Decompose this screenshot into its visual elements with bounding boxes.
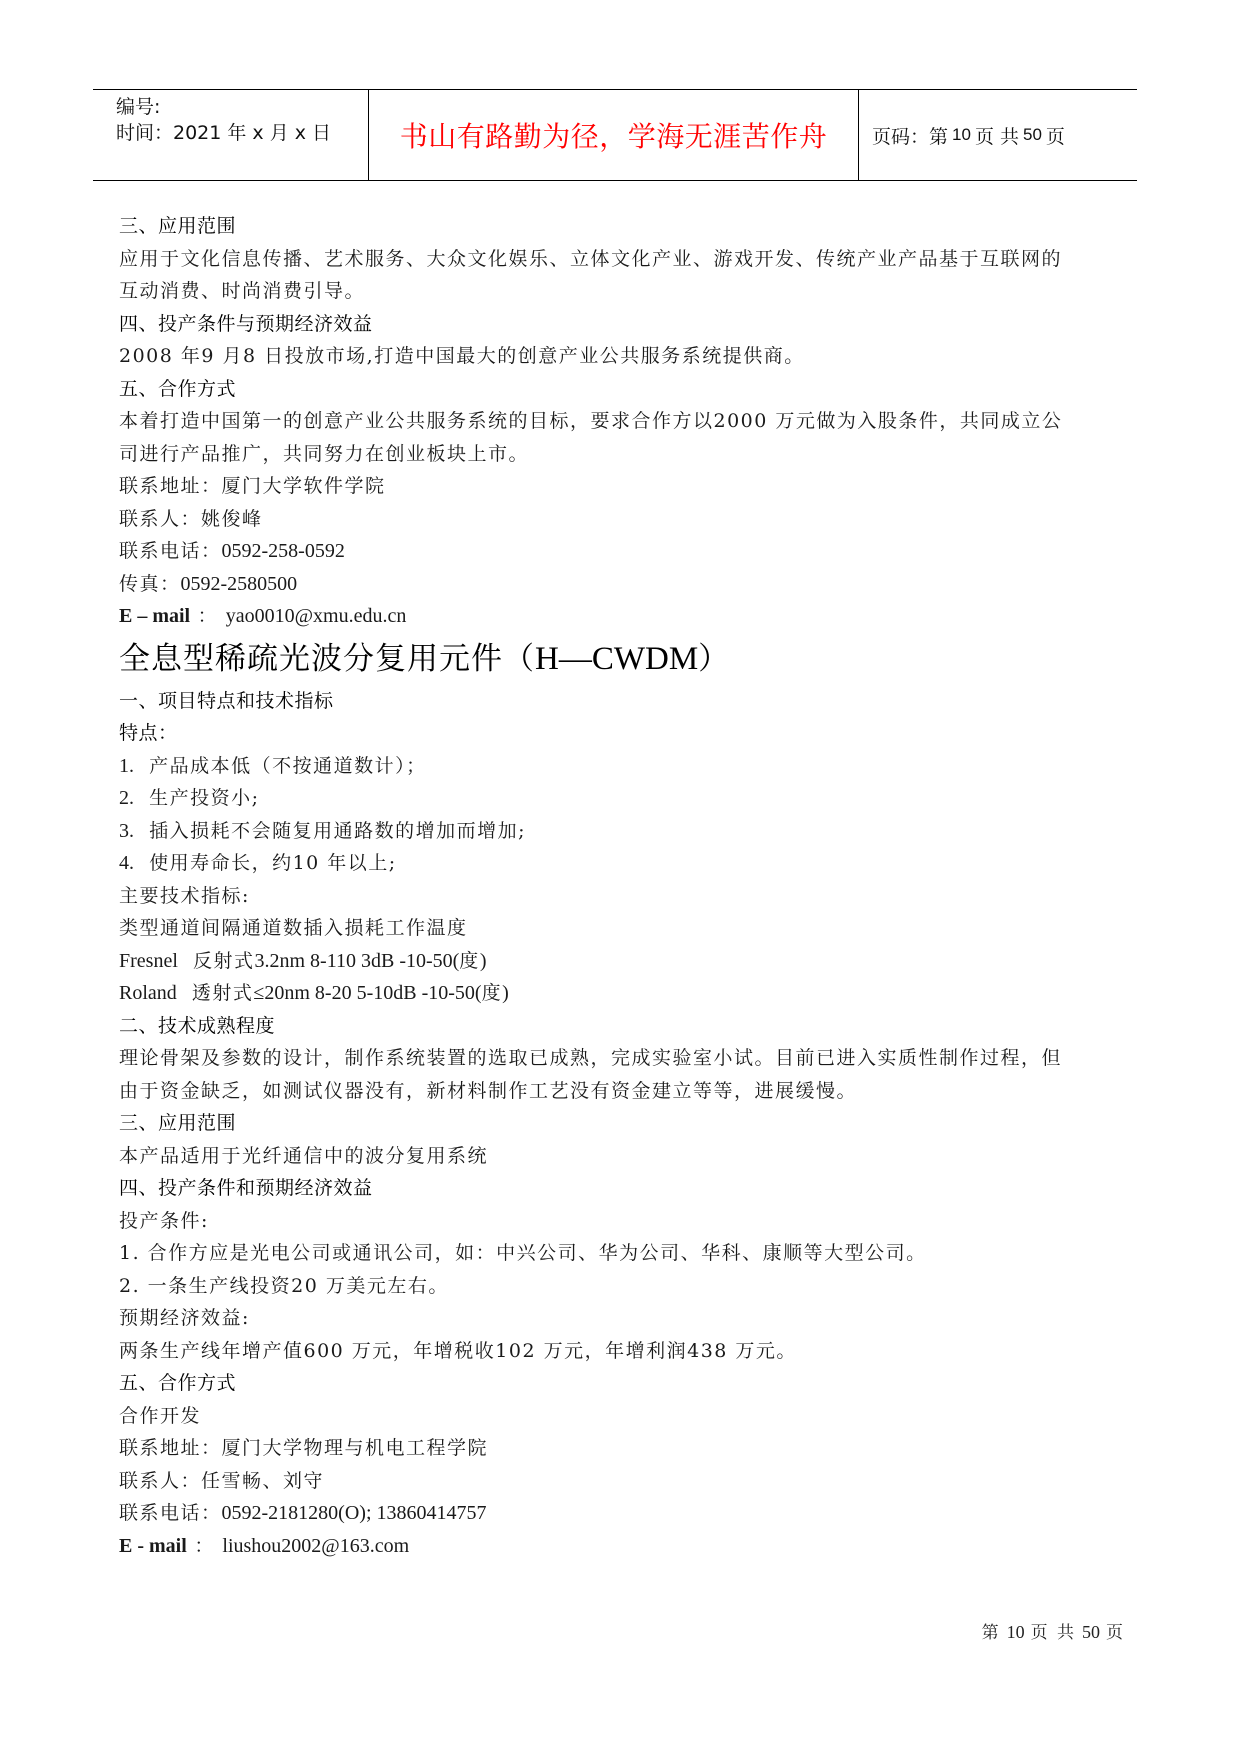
production-item: 1. 合作方应是光电公司或通讯公司，如：中兴公司、华为公司、华科、康顺等大型公司… [119, 1237, 1129, 1270]
features-label: 特点： [119, 717, 1129, 750]
contact-email-label: E - mail [119, 1535, 187, 1557]
specs-row: Roland 透射式≤20nm 8-20 5-10dB -10-50(度) [119, 977, 1129, 1010]
feature-text: 产品成本低（不按通道数计）； [149, 755, 427, 777]
contact-person: 联系人：姚俊峰 [119, 503, 1129, 536]
feature-number: 4. [119, 852, 134, 874]
contact-email-separator: ： [194, 1535, 215, 1557]
paragraph-scope-b: 本产品适用于光纤通信中的波分复用系统 [119, 1140, 1129, 1173]
contact-email-b: E - mail ： liushou2002@163.com [119, 1530, 1129, 1563]
spec-unit: 度 [482, 982, 503, 1004]
production-label: 投产条件: [119, 1205, 1129, 1238]
feature-item: 3. 插入损耗不会随复用通路数的增加而增加; [119, 815, 1129, 848]
feature-text: 生产投资小; [149, 787, 259, 809]
contact-address: 联系地址：厦门大学软件学院 [119, 470, 1129, 503]
page-header: 编号: 时间：2021 年 x 月 x 日 书山有路勤为径，学海无涯苦作舟 页码… [93, 89, 1137, 181]
paragraph-production: 2008 年9 月8 日投放市场,打造中国最大的创意产业公共服务系统提供商。 [119, 340, 1129, 373]
spec-unit: 度 [459, 950, 480, 972]
spec-type: 透射式 [192, 982, 254, 1004]
document-body: 三、应用范围 应用于文化信息传播、艺术服务、大众文化娱乐、立体文化产业、游戏开发… [119, 210, 1129, 1562]
header-page-indicator: 页码：第 10 页 共 50 页 [859, 90, 1137, 180]
section-heading-cooperation: 五、合作方式 [119, 373, 1129, 406]
paragraph-maturity-line-2: 由于资金缺乏，如测试仪器没有，新材料制作工艺没有资金建立等等，进展缓慢。 [119, 1075, 1129, 1108]
spec-close: ) [480, 950, 487, 972]
section-heading-production-b: 四、投产条件和预期经济效益 [119, 1172, 1129, 1205]
page-current: 10 [952, 125, 971, 145]
footer-prefix: 第 [982, 1623, 1001, 1643]
contact-phone-label: 联系电话： [119, 540, 222, 562]
feature-number: 1. [119, 755, 134, 777]
project-title-cn: 全息型稀疏光波分复用元件（ [119, 641, 535, 677]
production-item: 2. 一条生产线投资20 万美元左右。 [119, 1270, 1129, 1303]
page-footer: 第10页 共50页 [982, 1618, 1125, 1643]
page-mid: 页 共 [975, 122, 1019, 149]
specs-header: 类型通道间隔通道数插入损耗工作温度 [119, 912, 1129, 945]
section-heading-production: 四、投产条件与预期经济效益 [119, 308, 1129, 341]
paragraph-scope-line-2: 互动消费、时尚消费引导。 [119, 275, 1129, 308]
feature-text: 使用寿命长，约10 年以上; [149, 852, 397, 874]
section-heading-scope: 三、应用范围 [119, 210, 1129, 243]
feature-number: 2. [119, 787, 134, 809]
contact-email-separator: ： [198, 605, 219, 627]
contact-address-b: 联系地址：厦门大学物理与机电工程学院 [119, 1432, 1129, 1465]
project-title: 全息型稀疏光波分复用元件（H—CWDM） [119, 633, 1129, 685]
paragraph-cooperation-line-2: 司进行产品推广，共同努力在创业板块上市。 [119, 438, 1129, 471]
contact-phone-value: 0592-2181280(O); 13860414757 [222, 1502, 487, 1524]
paragraph-maturity-line-1: 理论骨架及参数的设计，制作系统装置的选取已成熟，完成实验室小试。目前已进入实质性… [119, 1042, 1129, 1075]
spec-type: 反射式 [193, 950, 255, 972]
footer-suffix: 页 [1106, 1623, 1125, 1643]
paragraph-scope-line-1: 应用于文化信息传播、艺术服务、大众文化娱乐、立体文化产业、游戏开发、传统产业产品… [119, 243, 1129, 276]
paragraph-cooperation-line-1: 本着打造中国第一的创意产业公共服务系统的目标，要求合作方以2000 万元做为入股… [119, 405, 1129, 438]
document-time-label: 时间：2021 年 x 月 x 日 [116, 120, 368, 146]
benefit-label: 预期经济效益: [119, 1302, 1129, 1335]
specs-label: 主要技术指标: [119, 880, 1129, 913]
footer-total-pages: 50 [1082, 1622, 1100, 1642]
section-heading-scope-b: 三、应用范围 [119, 1107, 1129, 1140]
contact-phone-label: 联系电话： [119, 1502, 222, 1524]
section-heading-features: 一、项目特点和技术指标 [119, 685, 1129, 718]
benefit-text: 两条生产线年增产值600 万元，年增税收102 万元，年增利润438 万元。 [119, 1335, 1129, 1368]
contact-fax-label: 传真： [119, 573, 181, 595]
spec-name: Fresnel [119, 950, 178, 972]
footer-mid: 页 共 [1031, 1623, 1076, 1643]
document-number-label: 编号: [116, 94, 368, 120]
contact-email-value[interactable]: yao0010@xmu.edu.cn [226, 605, 407, 627]
contact-fax-value: 0592-2580500 [181, 573, 298, 595]
footer-current-page: 10 [1007, 1622, 1025, 1642]
feature-item: 2. 生产投资小; [119, 782, 1129, 815]
contact-person-b: 联系人：任雪畅、刘守 [119, 1465, 1129, 1498]
contact-email-value[interactable]: liushou2002@163.com [222, 1535, 409, 1557]
feature-number: 3. [119, 820, 134, 842]
contact-email-label: E – mail [119, 605, 190, 627]
spec-values: ≤20nm 8-20 5-10dB -10-50( [253, 982, 481, 1004]
feature-item: 1. 产品成本低（不按通道数计）； [119, 750, 1129, 783]
section-heading-cooperation-b: 五、合作方式 [119, 1367, 1129, 1400]
header-meta-cell: 编号: 时间：2021 年 x 月 x 日 [93, 90, 369, 180]
page-prefix: 页码：第 [872, 122, 948, 149]
contact-phone-value: 0592-258-0592 [222, 540, 345, 562]
project-title-close: ） [698, 641, 730, 677]
feature-item: 4. 使用寿命长，约10 年以上; [119, 847, 1129, 880]
paragraph-cooperation-b: 合作开发 [119, 1400, 1129, 1433]
project-title-latin: H—CWDM [535, 641, 698, 677]
header-motto: 书山有路勤为径，学海无涯苦作舟 [369, 90, 859, 180]
spec-values: 3.2nm 8-110 3dB -10-50( [255, 950, 460, 972]
spec-close: ) [502, 982, 509, 1004]
contact-phone-b: 联系电话：0592-2181280(O); 13860414757 [119, 1497, 1129, 1530]
page-suffix: 页 [1046, 122, 1065, 149]
section-heading-maturity: 二、技术成熟程度 [119, 1010, 1129, 1043]
spec-name: Roland [119, 982, 177, 1004]
contact-email: E – mail ： yao0010@xmu.edu.cn [119, 600, 1129, 633]
page-total: 50 [1023, 125, 1042, 145]
contact-phone: 联系电话：0592-258-0592 [119, 535, 1129, 568]
feature-text: 插入损耗不会随复用通路数的增加而增加; [149, 820, 526, 842]
contact-fax: 传真：0592-2580500 [119, 568, 1129, 601]
specs-row: Fresnel 反射式3.2nm 8-110 3dB -10-50(度) [119, 945, 1129, 978]
